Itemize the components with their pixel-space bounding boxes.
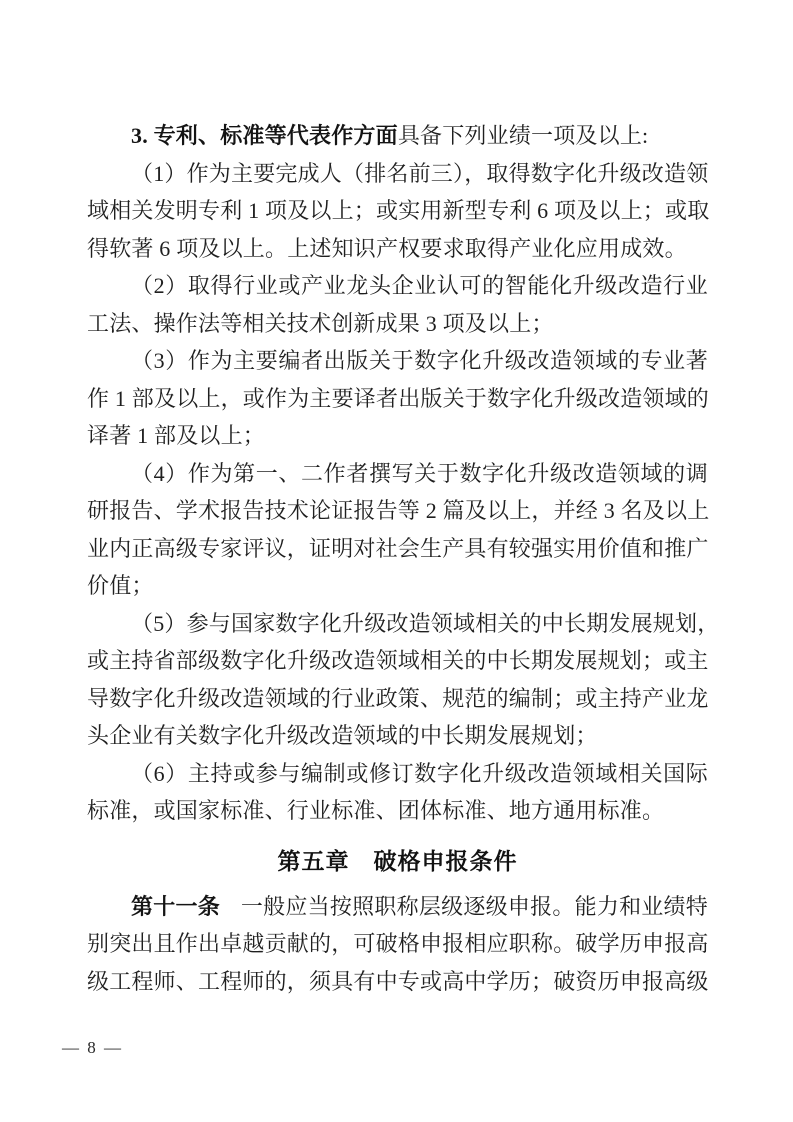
text-line: （4）作为第一、二作者撰写关于数字化升级改造领域的调 <box>87 455 708 493</box>
text-line: 导数字化升级改造领域的行业政策、规范的编制；或主持产业龙 <box>87 680 708 718</box>
numbered-items: （1）作为主要完成人（排名前三），取得数字化升级改造领域相关发明专利 1 项及以… <box>87 155 708 830</box>
patents-section-heading: 3. 专利、标准等代表作方面具备下列业绩一项及以上: <box>87 117 708 155</box>
page-number: — 8 — <box>62 1038 123 1058</box>
text-line: 域相关发明专利 1 项及以上；或实用新型专利 6 项及以上；或取 <box>87 192 708 230</box>
text-line: 第十一条一般应当按照职称层级逐级申报。能力和业绩特 <box>87 888 708 926</box>
numbered-item: （4）作为第一、二作者撰写关于数字化升级改造领域的调研报告、学术报告技术论证报告… <box>87 455 708 605</box>
text-line: 价值； <box>87 567 708 605</box>
text-line: 别突出且作出卓越贡献的，可破格申报相应职称。破学历申报高 <box>87 925 708 963</box>
numbered-item: （3）作为主要编者出版关于数字化升级改造领域的专业著作 1 部及以上，或作为主要… <box>87 342 708 455</box>
article-line-text: 一般应当按照职称层级逐级申报。能力和业绩特 <box>241 894 708 919</box>
text-line: （5）参与国家数字化升级改造领域相关的中长期发展规划， <box>87 605 708 643</box>
text-line: 级工程师、工程师的，须具有中专或高中学历；破资历申报高级 <box>87 963 708 1001</box>
text-line: 得软著 6 项及以上。上述知识产权要求取得产业化应用成效。 <box>87 230 708 268</box>
article-extra-lines: 别突出且作出卓越贡献的，可破格申报相应职称。破学历申报高级工程师、工程师的，须具… <box>87 925 708 1000</box>
text-line: 标准，或国家标准、行业标准、团体标准、地方通用标准。 <box>87 792 708 830</box>
text-line: 或主持省部级数字化升级改造领域相关的中长期发展规划；或主 <box>87 642 708 680</box>
text-line: 作 1 部及以上，或作为主要译者出版关于数字化升级改造领域的 <box>87 380 708 418</box>
article-paragraph: 第十一条一般应当按照职称层级逐级申报。能力和业绩特 别突出且作出卓越贡献的，可破… <box>87 888 708 1001</box>
patents-section-lead-rest: 具备下列业绩一项及以上: <box>398 123 649 148</box>
text-line: （2）取得行业或产业龙头企业认可的智能化升级改造行业 <box>87 267 708 305</box>
numbered-item: （5）参与国家数字化升级改造领域相关的中长期发展规划，或主持省部级数字化升级改造… <box>87 605 708 755</box>
chapter-heading: 第五章 破格申报条件 <box>87 842 708 880</box>
article-number: 第十一条 <box>131 894 220 919</box>
text-line: （3）作为主要编者出版关于数字化升级改造领域的专业著 <box>87 342 708 380</box>
text-line: 研报告、学术报告技术论证报告等 2 篇及以上，并经 3 名及以上 <box>87 492 708 530</box>
text-line: 业内正高级专家评议，证明对社会生产具有较强实用价值和推广 <box>87 530 708 568</box>
text-line: （1）作为主要完成人（排名前三），取得数字化升级改造领 <box>87 155 708 193</box>
numbered-item: （1）作为主要完成人（排名前三），取得数字化升级改造领域相关发明专利 1 项及以… <box>87 155 708 268</box>
text-line: 工法、操作法等相关技术创新成果 3 项及以上； <box>87 305 708 343</box>
numbered-item: （2）取得行业或产业龙头企业认可的智能化升级改造行业工法、操作法等相关技术创新成… <box>87 267 708 342</box>
document-body: 3. 专利、标准等代表作方面具备下列业绩一项及以上: （1）作为主要完成人（排名… <box>87 117 708 1000</box>
document-page: 3. 专利、标准等代表作方面具备下列业绩一项及以上: （1）作为主要完成人（排名… <box>0 0 793 1122</box>
patents-section-lead: 3. 专利、标准等代表作方面 <box>131 123 398 148</box>
text-line: 译著 1 部及以上； <box>87 417 708 455</box>
text-line: （6）主持或参与编制或修订数字化升级改造领域相关国际 <box>87 755 708 793</box>
text-line: 头企业有关数字化升级改造领域的中长期发展规划； <box>87 717 708 755</box>
numbered-item: （6）主持或参与编制或修订数字化升级改造领域相关国际标准，或国家标准、行业标准、… <box>87 755 708 830</box>
